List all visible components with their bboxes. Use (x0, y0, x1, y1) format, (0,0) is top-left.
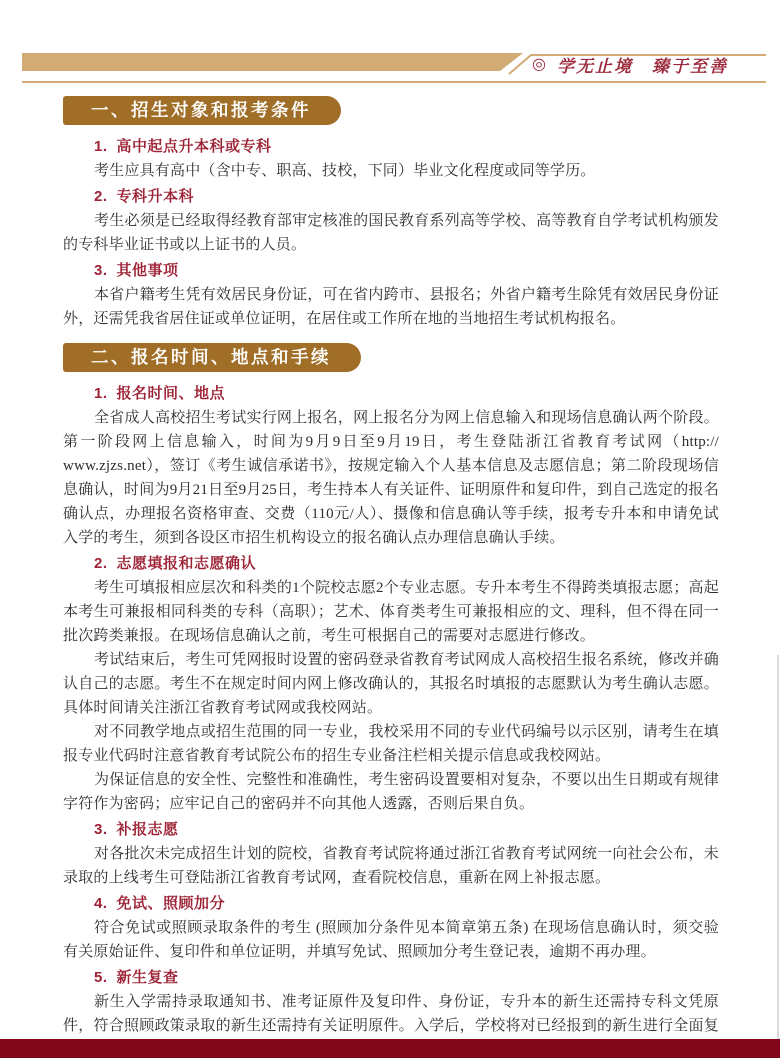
section-title-banner: 二、报名时间、地点和手续 (63, 343, 361, 372)
paragraph: 为保证信息的安全性、完整性和准确性，考生密码设置要相对复杂，不要以出生日期或有规… (63, 768, 719, 816)
item-title: 专科升本科 (117, 188, 195, 205)
paragraph: 符合免试或照顾录取条件的考生 (照顾加分条件见本简章第五条) 在现场信息确认时，… (63, 916, 719, 964)
double-circle-icon: ◎ (532, 54, 546, 74)
item-number: 4. (94, 895, 108, 912)
paragraph: 考生可填报相应层次和科类的1个院校志愿2个专业志愿。专升本考生不得跨类填报志愿；… (63, 576, 719, 648)
item-heading: 2.志愿填报和志愿确认 (94, 554, 719, 574)
item-number: 1. (94, 138, 108, 155)
item-heading: 4.免试、照顾加分 (94, 894, 719, 914)
item-heading: 3.补报志愿 (94, 820, 719, 840)
paragraph: 对各批次未完成招生计划的院校，省教育考试院将通过浙江省教育考试网统一向社会公布，… (63, 842, 719, 890)
paragraph: 对不同教学地点或招生范围的同一专业，我校采用不同的专业代码编号以示区别，请考生在… (63, 720, 719, 768)
item-title: 志愿填报和志愿确认 (117, 555, 257, 572)
item-number: 3. (94, 262, 108, 279)
item-title: 免试、照顾加分 (117, 895, 226, 912)
document-body: 一、招生对象和报考条件 1.高中起点升本科或专科考生应具有高中（含中专、职高、技… (63, 96, 719, 1058)
paragraph: 考生必须是已经取得经教育部审定核准的国民教育系列高等学校、高等教育自学考试机构颁… (63, 209, 719, 257)
item-heading: 1.报名时间、地点 (94, 384, 719, 404)
header-motto: ◎ 学无止境 臻于至善 (532, 51, 772, 77)
item-number: 5. (94, 969, 108, 986)
section-body: 1.报名时间、地点全省成人高校招生考试实行网上报名，网上报名分为网上信息输入和现… (63, 384, 719, 1058)
swoosh-bar (22, 53, 523, 71)
footer-bar (0, 1039, 780, 1058)
section: 一、招生对象和报考条件 1.高中起点升本科或专科考生应具有高中（含中专、职高、技… (63, 96, 719, 331)
paragraph: 本省户籍考生凭有效居民身份证，可在省内跨市、县报名；外省户籍考生除凭有效居民身份… (63, 283, 719, 331)
item-heading: 5.新生复查 (94, 968, 719, 988)
section-title: 二、报名时间、地点和手续 (91, 347, 331, 367)
section-title-banner: 一、招生对象和报考条件 (63, 96, 341, 125)
paragraph: 全省成人高校招生考试实行网上报名，网上报名分为网上信息输入和现场信息确认两个阶段… (63, 406, 719, 550)
motto-text: 学无止境 臻于至善 (557, 52, 728, 77)
item-title: 其他事项 (117, 262, 179, 279)
section: 二、报名时间、地点和手续 1.报名时间、地点全省成人高校招生考试实行网上报名，网… (63, 343, 719, 1058)
paragraph: 考生应具有高中（含中专、职高、技校，下同）毕业文化程度或同等学历。 (63, 159, 719, 183)
section-title: 一、招生对象和报考条件 (91, 100, 311, 120)
item-title: 高中起点升本科或专科 (117, 138, 272, 155)
item-number: 2. (94, 555, 108, 572)
item-heading: 2.专科升本科 (94, 187, 719, 207)
item-number: 3. (94, 821, 108, 838)
paragraph: 考试结束后，考生可凭网报时设置的密码登录省教育考试网成人高校招生报名系统，修改并… (63, 648, 719, 720)
item-heading: 1.高中起点升本科或专科 (94, 137, 719, 157)
page-edge-line (777, 655, 779, 1040)
item-title: 新生复查 (117, 969, 179, 986)
section-body: 1.高中起点升本科或专科考生应具有高中（含中专、职高、技校，下同）毕业文化程度或… (63, 137, 719, 331)
item-heading: 3.其他事项 (94, 261, 719, 281)
item-number: 1. (94, 385, 108, 402)
item-title: 补报志愿 (117, 821, 179, 838)
admissions-brochure-page: ◎ 学无止境 臻于至善 一、招生对象和报考条件 1.高中起点升本科或专科考生应具… (0, 0, 780, 1058)
item-title: 报名时间、地点 (117, 385, 226, 402)
item-number: 2. (94, 188, 108, 205)
